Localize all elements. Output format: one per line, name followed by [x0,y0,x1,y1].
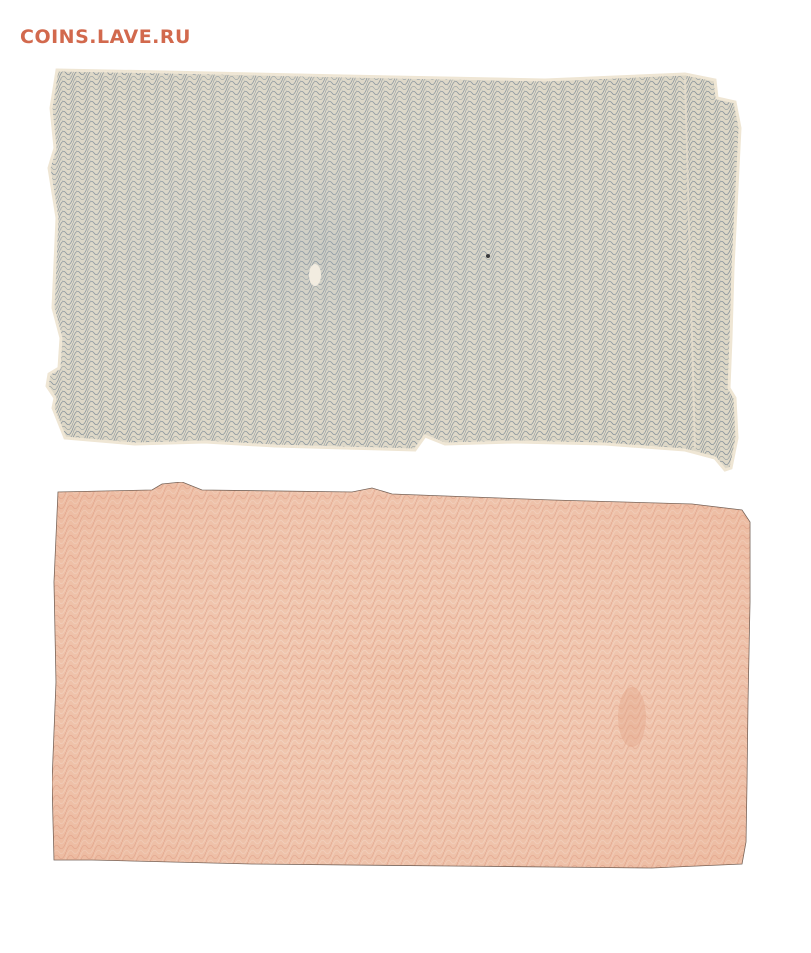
banknote-top-blue [45,68,760,478]
banknote-top-image [45,68,760,478]
paper-spot [309,264,321,286]
banknote-bottom-image [52,482,757,877]
banknote-bottom-pink [52,482,757,877]
site-watermark: COINS.LAVE.RU [20,26,191,48]
